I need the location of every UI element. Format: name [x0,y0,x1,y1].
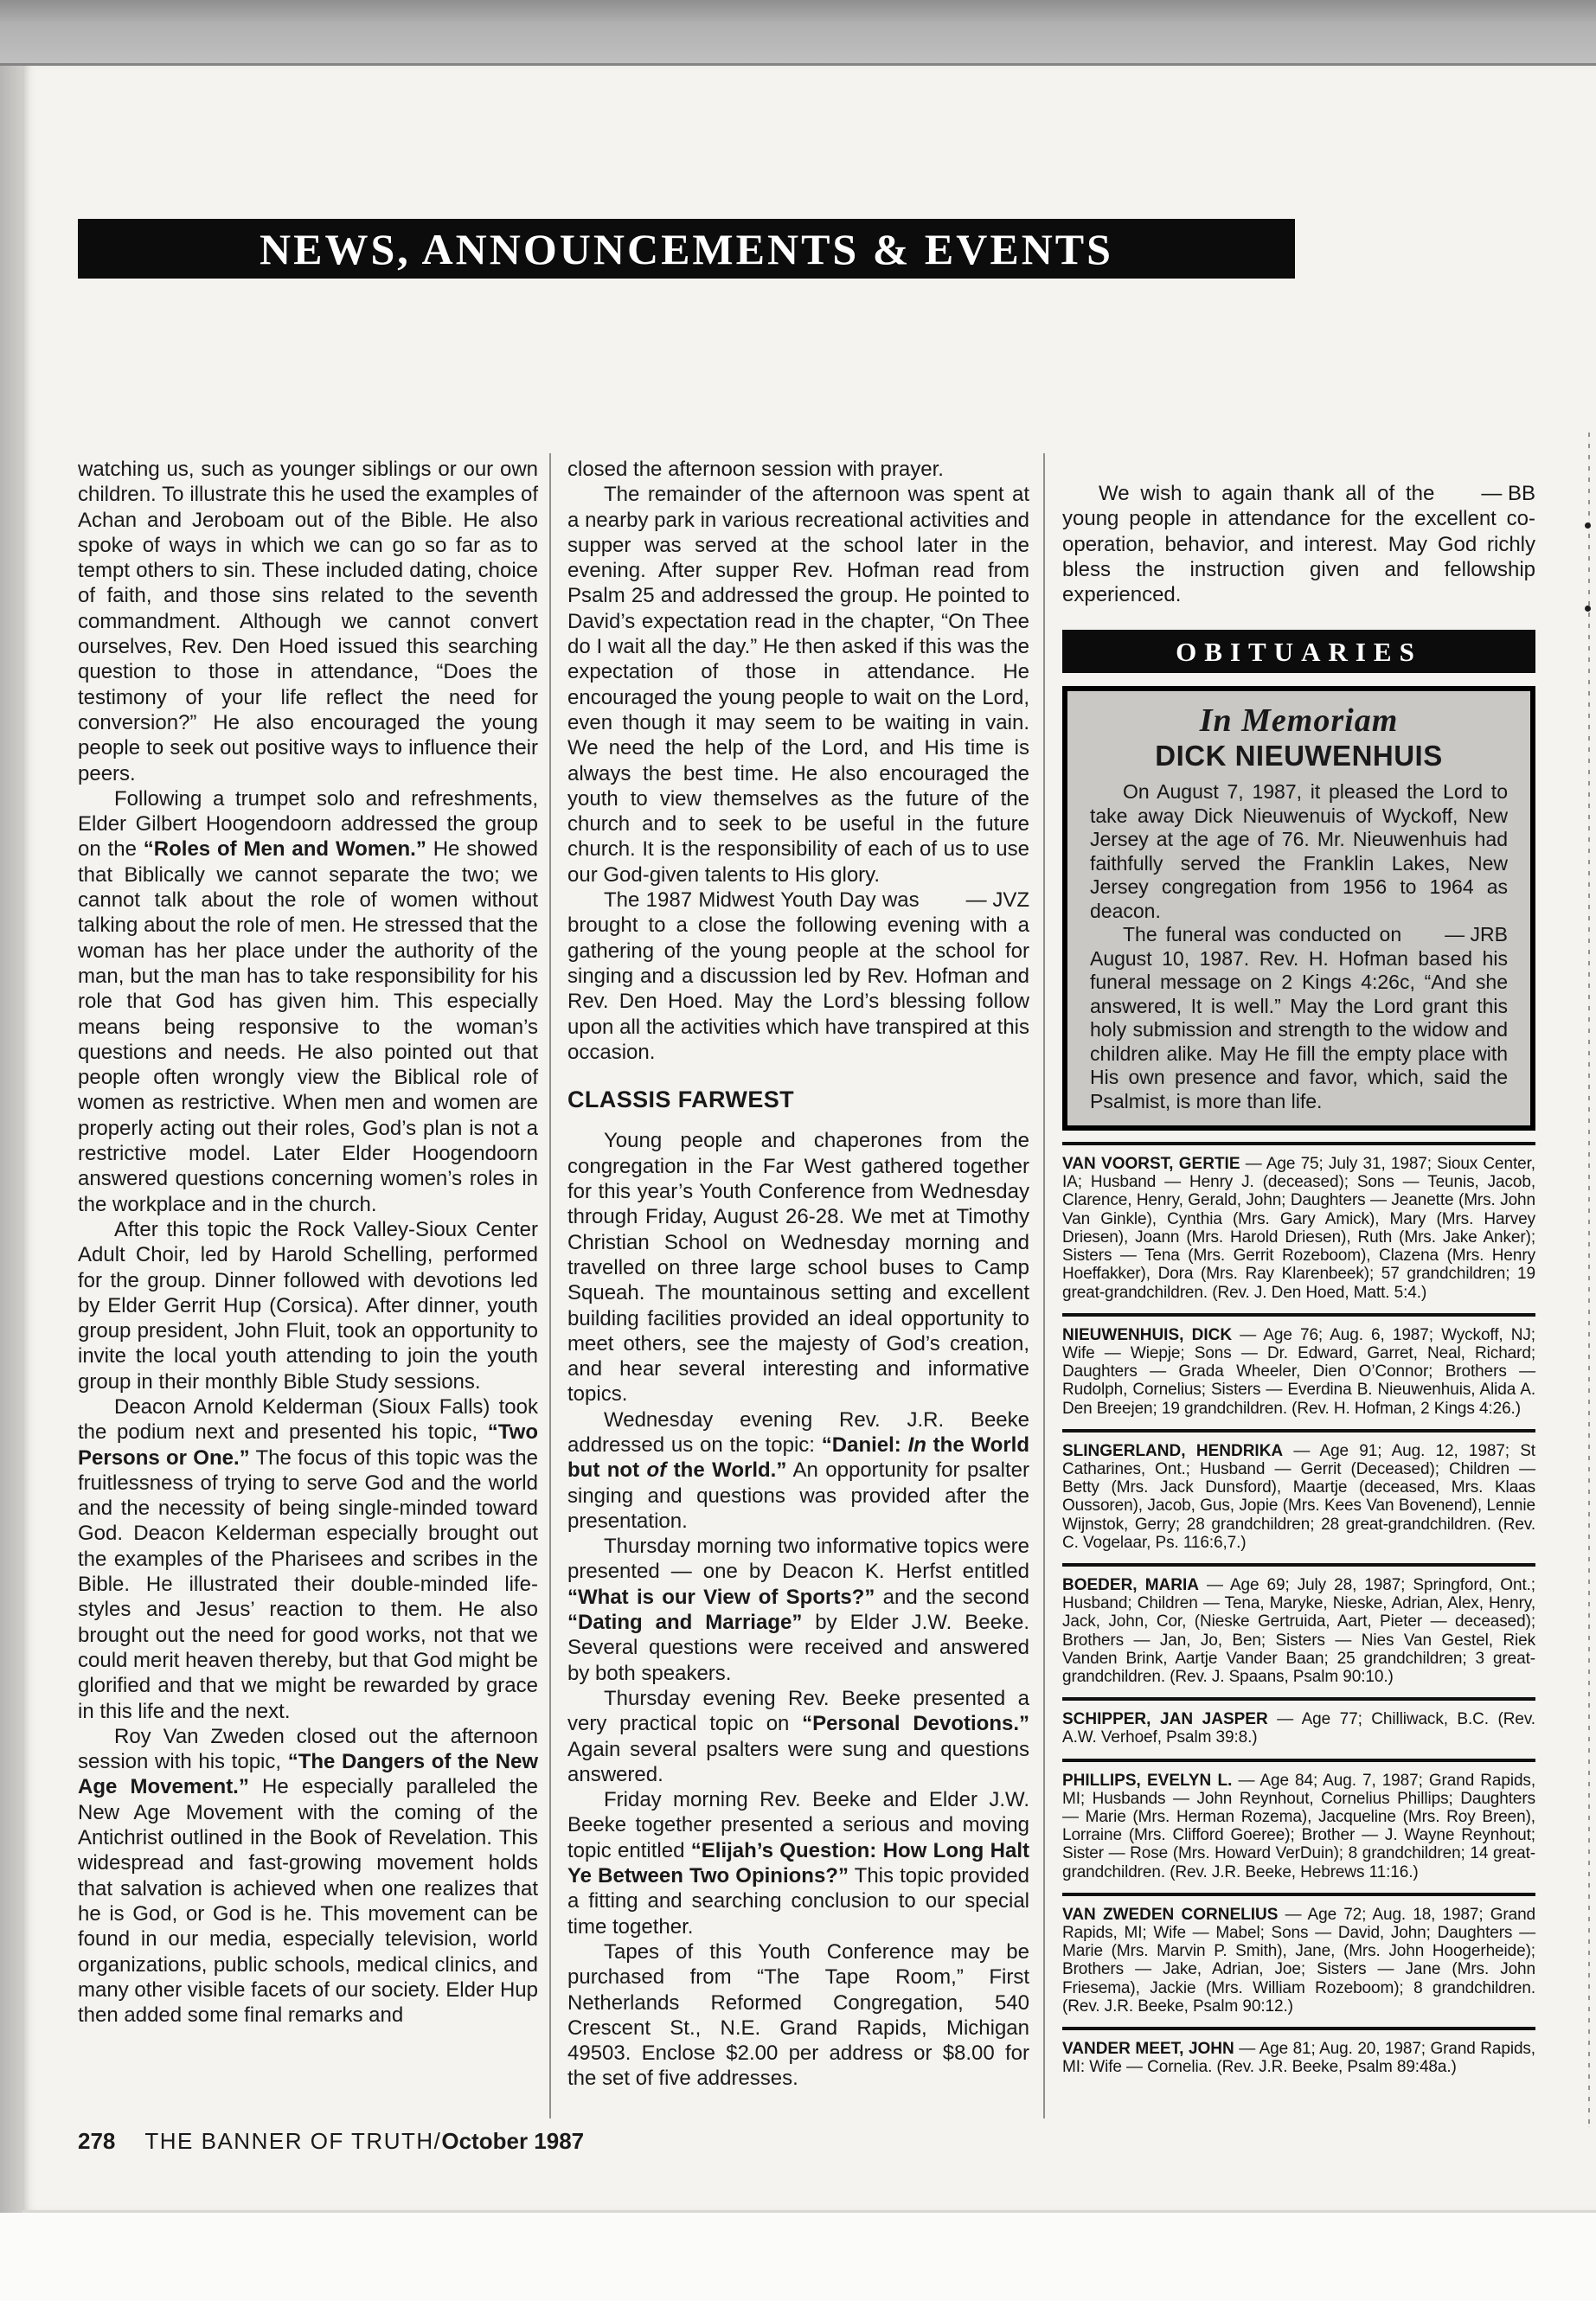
paragraph: Friday morning Rev. Beeke and Elder J.W.… [567,1787,1029,1939]
obituary-entry: PHILLIPS, EVELYN L. — Age 84; Aug. 7, 19… [1062,1772,1535,1881]
obituary-name: SCHIPPER, JAN JASPER [1062,1710,1268,1728]
paragraph: Deacon Arnold Kelderman (Sioux Falls) to… [78,1394,538,1724]
text-run: He especially paralleled the New Age Mov… [78,1775,538,2027]
entry-divider [1062,1142,1535,1145]
topic-title: the World.” [666,1458,786,1482]
paragraph: Thursday evening Rev. Beeke presented a … [567,1686,1029,1787]
entry-divider [1062,1563,1535,1567]
scanner-background-left [0,66,22,2213]
memoriam-paragraph: — JRBThe funeral was conducted on August… [1090,923,1508,1113]
obituary-entry: BOEDER, MARIA — Age 69; July 28, 1987; S… [1062,1576,1535,1686]
topic-title: of [647,1458,667,1482]
paragraph: The remainder of the afternoon was spent… [567,482,1029,888]
byline: — JVZ [930,888,1029,913]
text-run: Thursday morning two informative topics … [567,1535,1029,1583]
paragraph: After this topic the Rock Valley-Sioux C… [78,1217,538,1394]
paragraph: watching us, such as younger siblings or… [78,457,538,786]
topic-title: “Dating and Marriage” [567,1611,802,1634]
obituary-entry: NIEUWENHUIS, DICK — Age 76; Aug. 6, 1987… [1062,1326,1535,1418]
text-run: Again several psalters were sung and que… [567,1738,1029,1786]
text-run: watching us, such as younger siblings or… [78,458,538,785]
paragraph: Roy Van Zweden closed out the afternoon … [78,1724,538,2029]
paragraph: — JVZThe 1987 Midwest Youth Day was brou… [567,888,1029,1065]
obituary-entry: VAN ZWEDEN CORNELIUS — Age 72; Aug. 18, … [1062,1906,1535,2016]
obituary-entries: VAN VOORST, GERTIE — Age 75; July 31, 19… [1062,1142,1535,2076]
paragraph: Thursday morning two informative topics … [567,1534,1029,1686]
text-run: Tapes of this Youth Conference may be pu… [567,1940,1029,2090]
topic-title: In [908,1433,926,1457]
page-footer: 278THE BANNER OF TRUTH/October 1987 [78,2128,584,2155]
paragraph: Following a trumpet solo and refreshment… [78,786,538,1217]
paragraph: Tapes of this Youth Conference may be pu… [567,1939,1029,2092]
byline: — BB [1445,481,1535,506]
paragraph: — BBWe wish to again thank all of the yo… [1062,481,1535,607]
thank-you-paragraph: — BBWe wish to again thank all of the yo… [1062,481,1535,607]
text-run: After this topic the Rock Valley-Sioux C… [78,1218,538,1394]
memoriam-title: In Memoriam [1090,708,1508,734]
entry-divider [1062,2027,1535,2030]
entry-divider [1062,1893,1535,1896]
text-column-3: — BBWe wish to again thank all of the yo… [1062,481,1535,2076]
page-number: 278 [78,2128,115,2154]
obituary-entry: SCHIPPER, JAN JASPER — Age 77; Chilliwac… [1062,1710,1535,1747]
paragraph: Wednesday evening Rev. J.R. Beeke addres… [567,1407,1029,1534]
text-run: closed the afternoon session with prayer… [567,458,944,481]
column-divider-left [549,453,551,2118]
obituary-name: VANDER MEET, JOHN [1062,2040,1234,2058]
memoriam-paragraph: On August 7, 1987, it pleased the Lord t… [1090,780,1508,923]
paragraph: closed the afternoon session with prayer… [567,457,1029,482]
obituaries-banner: OBITUARIES [1062,630,1535,673]
text-column-1: watching us, such as younger siblings or… [78,457,538,2028]
scan-speck [1585,606,1591,612]
obituary-name: BOEDER, MARIA [1062,1576,1199,1594]
entry-divider [1062,1759,1535,1762]
text-run: Young people and chaperones from the con… [567,1129,1029,1406]
text-run: Deacon Arnold Kelderman (Sioux Falls) to… [78,1395,538,1444]
issue-date: October 1987 [441,2128,584,2154]
obituary-name: SLINGERLAND, HENDRIKA [1062,1442,1283,1460]
obituary-entry: VANDER MEET, JOHN — Age 81; Aug. 20, 198… [1062,2040,1535,2076]
text-run: The 1987 Midwest Youth Day was brought t… [567,888,1029,1064]
topic-title: “What is our View of Sports?” [567,1586,875,1609]
text-run: The focus of this topic was the fruitles… [78,1446,538,1723]
topic-title: “Daniel: [822,1433,908,1457]
obituary-name: VAN VOORST, GERTIE [1062,1155,1240,1173]
scanned-magazine-page: { "colors": { "banner_bg": "#0c0c0c", "b… [0,0,1596,2301]
column-divider-right [1043,453,1045,2118]
magazine-title: THE BANNER OF TRUTH/ [144,2128,441,2154]
memoriam-name: DICK NIEUWENHUIS [1090,743,1508,768]
obituary-details: — Age 75; July 31, 1987; Sioux Center, I… [1062,1155,1535,1301]
topic-title: “Roles of Men and Women.” [144,837,426,861]
obituary-name: PHILLIPS, EVELYN L. [1062,1772,1232,1790]
topic-title: “Personal Devotions.” [802,1712,1029,1735]
memoriam-body: On August 7, 1987, it pleased the Lord t… [1090,780,1508,1113]
obituary-entry: VAN VOORST, GERTIE — Age 75; July 31, 19… [1062,1155,1535,1302]
scan-speck [1585,522,1591,529]
text-column-2: closed the afternoon session with prayer… [567,457,1029,2092]
in-memoriam-box: In Memoriam DICK NIEUWENHUIS On August 7… [1062,686,1535,1131]
entry-divider [1062,1697,1535,1701]
obituary-name: VAN ZWEDEN CORNELIUS [1062,1906,1278,1924]
paragraph: Young people and chaperones from the con… [567,1128,1029,1407]
scanner-background-top [0,0,1596,66]
section-banner: NEWS, ANNOUNCEMENTS & EVENTS [78,219,1295,279]
entry-divider [1062,1313,1535,1317]
magazine-page: NEWS, ANNOUNCEMENTS & EVENTS watching us… [22,66,1596,2213]
obituary-name: NIEUWENHUIS, DICK [1062,1326,1232,1344]
section-heading: CLASSIS FARWEST [567,1087,1029,1112]
entry-divider [1062,1429,1535,1433]
obituary-entry: SLINGERLAND, HENDRIKA — Age 91; Aug. 12,… [1062,1442,1535,1552]
text-run: and the second [875,1586,1029,1609]
byline: — JRB [1412,923,1508,947]
scan-edge-artifact [1588,433,1590,2128]
text-run: The remainder of the afternoon was spent… [567,483,1029,886]
text-run: He showed that Biblically we cannot sepa… [78,837,538,1215]
